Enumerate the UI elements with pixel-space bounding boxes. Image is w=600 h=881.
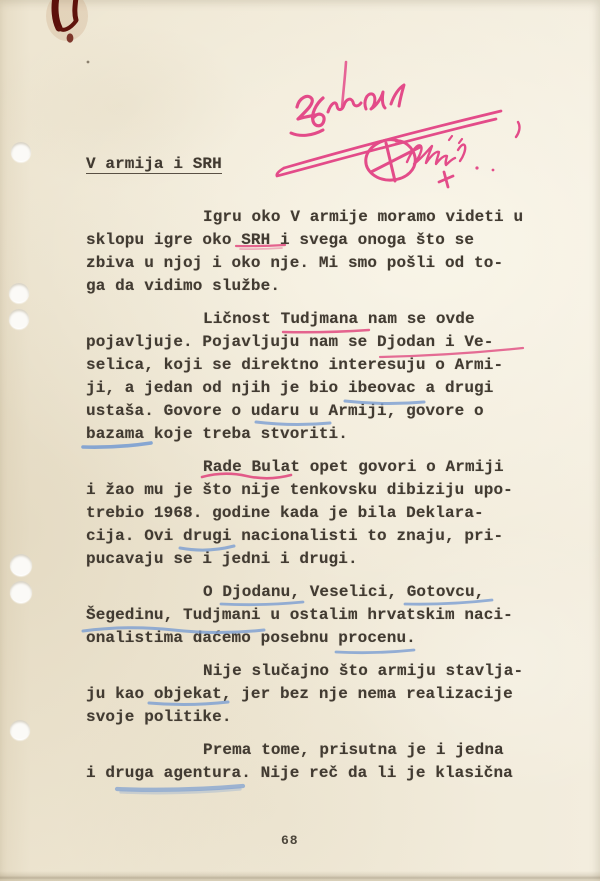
scanned-document-page: V armija i SRH Igru oko V armije moramo … bbox=[0, 0, 600, 881]
punch-hole bbox=[10, 720, 30, 740]
punch-hole bbox=[10, 554, 32, 576]
punch-hole bbox=[10, 581, 32, 603]
typewritten-line: svoje politike. bbox=[86, 707, 232, 727]
typewritten-line: pucavaju se i jedni i drugi. bbox=[86, 549, 358, 569]
typewritten-line: selica, koji se direktno interesuju o Ar… bbox=[86, 355, 503, 375]
typewritten-line: zbiva u njoj i oko nje. Mi smo pošli od … bbox=[86, 253, 503, 273]
typewritten-line: onalistima daćemo posebnu procenu. bbox=[86, 628, 416, 648]
typewritten-line: Prema tome, prisutna je i jedna bbox=[203, 740, 504, 760]
typewritten-line: bazama koje treba stvoriti. bbox=[86, 424, 348, 444]
typewritten-line: Rade Bulat opet govori o Armiji bbox=[203, 457, 504, 477]
ink-stain bbox=[0, 0, 200, 120]
typewritten-line: sklopu igre oko SRH i svega onoga što se bbox=[86, 230, 474, 250]
typewritten-line: O Djodanu, Veselici, Gotovcu, bbox=[203, 582, 484, 602]
typewritten-line: cija. Ovi drugi nacionalisti to znaju, p… bbox=[86, 526, 503, 546]
typewritten-line: trebio 1968. godine kada je bila Deklara… bbox=[86, 503, 484, 523]
typewritten-line: Šegedinu, Tudjmani u ostalim hrvatskim n… bbox=[86, 605, 513, 625]
typewritten-line: ju kao objekat, jer bez nje nema realiza… bbox=[86, 684, 513, 704]
typewritten-line: i žao mu je što nije tenkovsku dibiziju … bbox=[86, 480, 513, 500]
typewritten-line: i druga agentura. Nije reč da li je klas… bbox=[86, 763, 513, 783]
typewritten-line: ji, a jedan od njih je bio ibeovac a dru… bbox=[86, 378, 493, 398]
typewritten-line: Igru oko V armije moramo videti u bbox=[203, 207, 523, 227]
document-title: V armija i SRH bbox=[86, 155, 222, 174]
typewritten-line: Ličnost Tudjmana nam se ovde bbox=[203, 309, 475, 329]
punch-hole bbox=[9, 309, 29, 329]
typewritten-line: ustaša. Govore o udaru u Armiji, govore … bbox=[86, 401, 484, 421]
punch-hole bbox=[11, 142, 31, 162]
punch-hole bbox=[9, 283, 29, 303]
page-number: 68 bbox=[281, 833, 299, 848]
typewritten-line: Nije slučajno što armiju stavlja- bbox=[203, 661, 523, 681]
typewritten-line: ga da vidimo službe. bbox=[86, 276, 280, 296]
typewritten-line: pojavljuje. Pojavljuju nam se Djodan i V… bbox=[86, 332, 493, 352]
paper-bottom-edge bbox=[0, 871, 600, 881]
